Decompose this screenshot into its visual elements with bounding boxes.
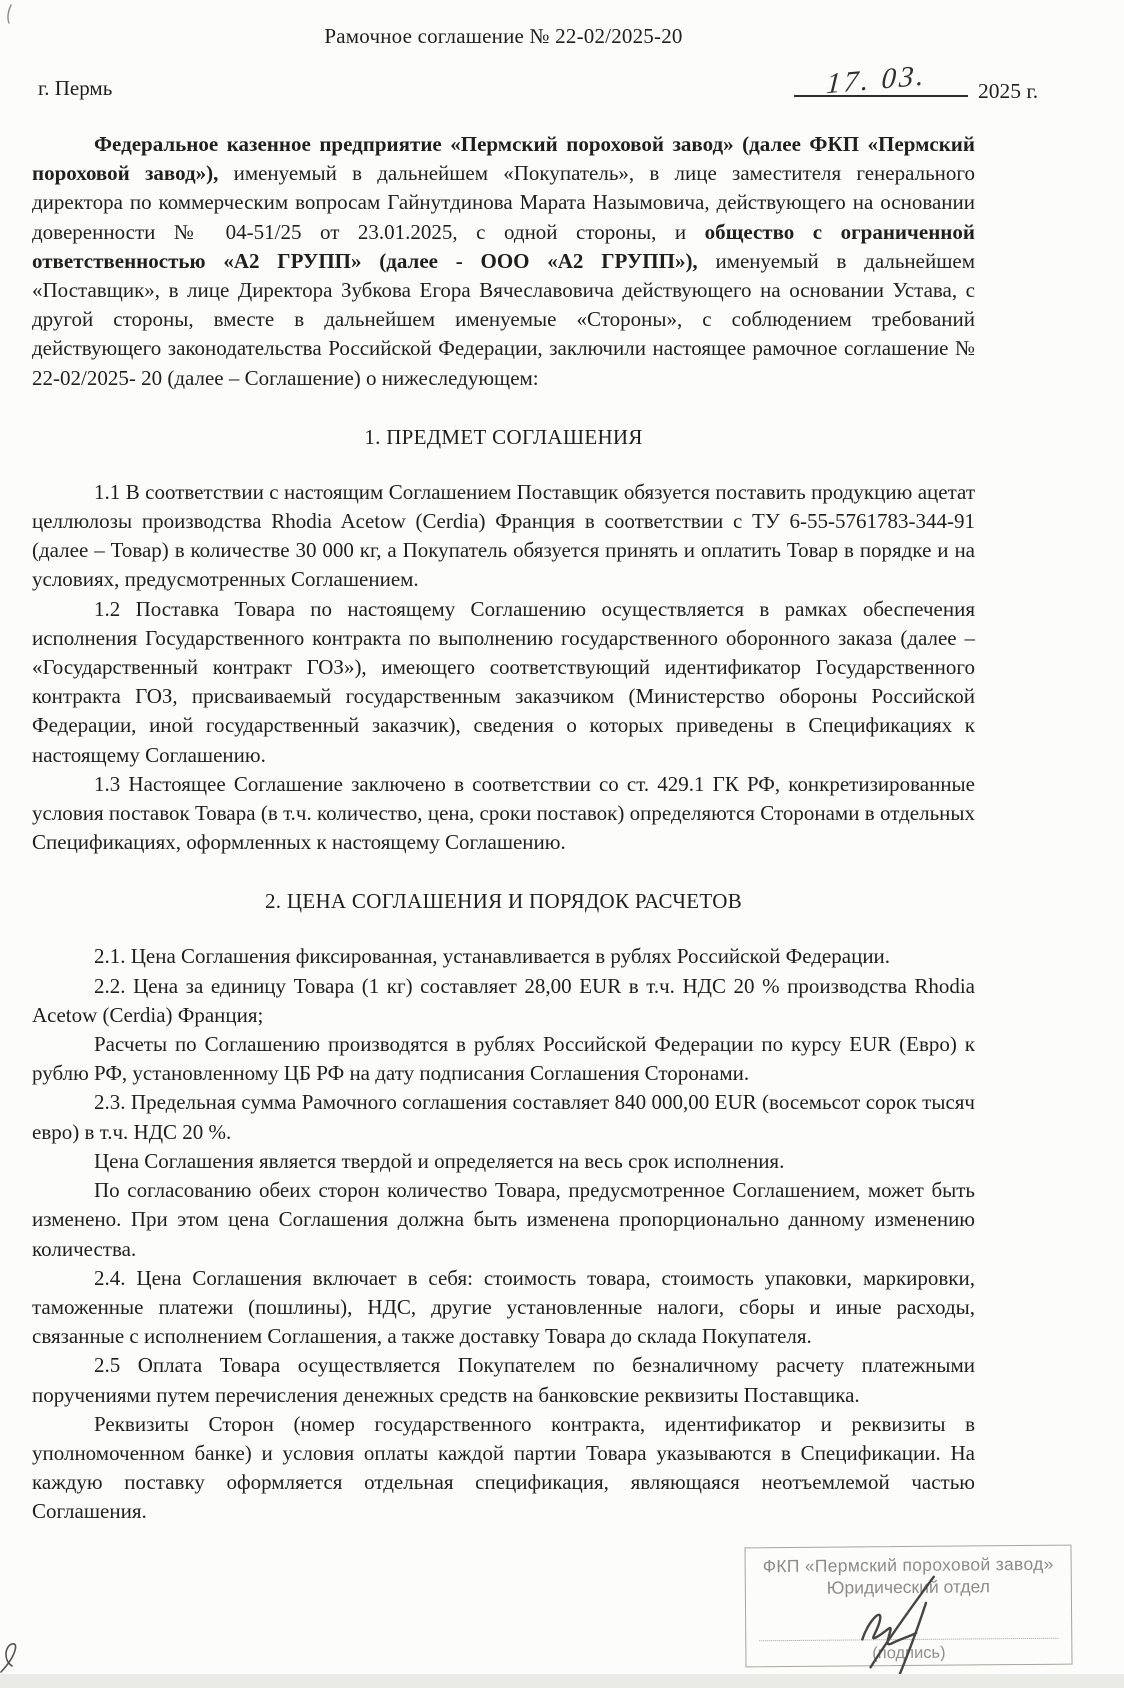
handwritten-date: 17. 03.: [825, 59, 928, 101]
date-underline: 17. 03.: [794, 62, 968, 97]
paragraph: 2.3. Предельная сумма Рамочного соглашен…: [32, 1088, 975, 1146]
year-label: 2025 г.: [978, 79, 1038, 104]
text-segment: 1.3 Настоящее Соглашение заключено в соо…: [32, 772, 975, 854]
text-segment: 2.4. Цена Соглашения включает в себя: ст…: [32, 1266, 975, 1348]
section-heading: 2. ЦЕНА СОГЛАШЕНИЯ И ПОРЯДОК РАСЧЕТОВ: [32, 887, 975, 916]
paragraph: По согласованию обеих сторон количество …: [32, 1176, 975, 1264]
document-blocks: Федеральное казенное предприятие «Пермск…: [32, 130, 975, 1527]
signature-icon: [834, 1572, 995, 1683]
text-segment: 2.1. Цена Соглашения фиксированная, уста…: [94, 944, 890, 968]
paragraph: Федеральное казенное предприятие «Пермск…: [32, 130, 975, 393]
section-heading: 1. ПРЕДМЕТ СОГЛАШЕНИЯ: [32, 423, 975, 452]
city-label: г. Пермь: [38, 76, 112, 101]
text-segment: 1.2 Поставка Товара по настоящему Соглаш…: [32, 597, 975, 767]
text-segment: Реквизиты Сторон (номер государственного…: [32, 1412, 975, 1524]
paragraph: 2.1. Цена Соглашения фиксированная, уста…: [32, 942, 975, 971]
document-title: Рамочное соглашение № 22-02/2025-20: [32, 24, 975, 49]
paragraph: 2.4. Цена Соглашения включает в себя: ст…: [32, 1264, 975, 1352]
legal-department-stamp: ФКП «Пермский пороховой завод» Юридическ…: [744, 1545, 1072, 1668]
text-segment: 1.1 В соответствии с настоящим Соглашени…: [32, 480, 975, 592]
paragraph: Расчеты по Соглашению производятся в руб…: [32, 1030, 975, 1088]
paragraph: 2.2. Цена за единицу Товара (1 кг) соста…: [32, 972, 975, 1030]
document-page: Рамочное соглашение № 22-02/2025-20 г. П…: [0, 0, 1124, 1688]
text-segment: Цена Соглашения является твердой и опред…: [94, 1149, 784, 1173]
text-segment: 2.3. Предельная сумма Рамочного соглашен…: [32, 1090, 975, 1143]
paragraph: Цена Соглашения является твердой и опред…: [32, 1147, 975, 1176]
paragraph: 1.1 В соответствии с настоящим Соглашени…: [32, 478, 975, 595]
paragraph: 1.2 Поставка Товара по настоящему Соглаш…: [32, 595, 975, 770]
text-segment: По согласованию обеих сторон количество …: [32, 1178, 975, 1260]
text-segment: 2.5 Оплата Товара осуществляется Покупат…: [32, 1353, 975, 1406]
text-segment: 2.2. Цена за единицу Товара (1 кг) соста…: [32, 974, 975, 1027]
paragraph: Реквизиты Сторон (номер государственного…: [32, 1410, 975, 1527]
paragraph: 1.3 Настоящее Соглашение заключено в соо…: [32, 770, 975, 858]
scan-bottom-edge: [0, 1674, 1124, 1688]
date-area: 17. 03.2025 г.: [794, 62, 1038, 97]
paragraph: 2.5 Оплата Товара осуществляется Покупат…: [32, 1351, 975, 1409]
text-segment: Расчеты по Соглашению производятся в руб…: [32, 1032, 975, 1085]
scan-speck-icon: [2, 2, 22, 28]
